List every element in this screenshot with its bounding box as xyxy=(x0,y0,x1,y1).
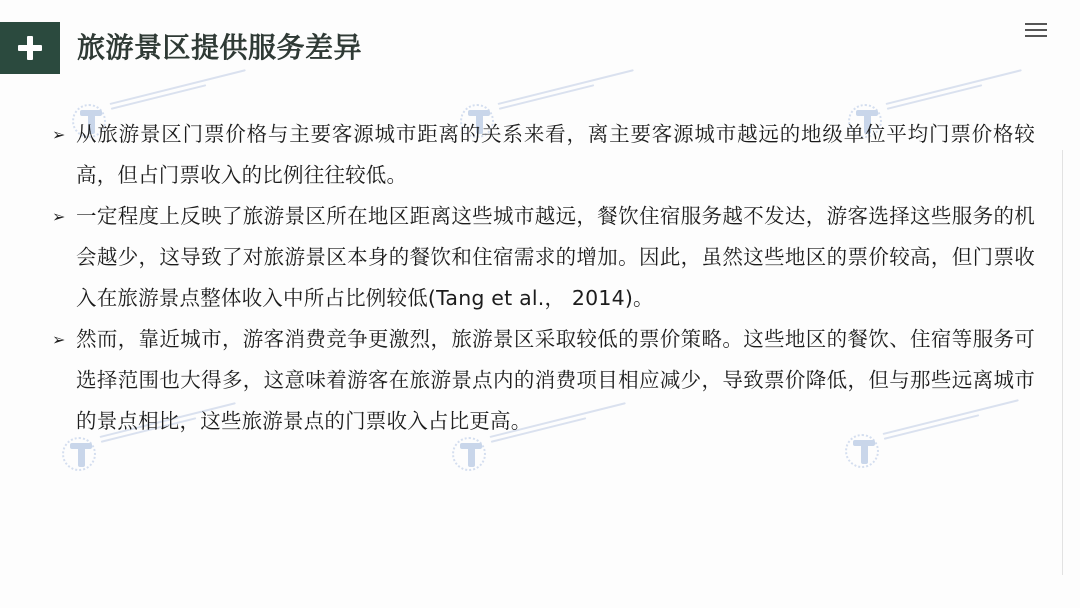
bullet-item: ➢ 然而，靠近城市，游客消费竞争更激烈，旅游景区采取较低的票价策略。这些地区的餐… xyxy=(50,319,1035,442)
bullet-item: ➢ 从旅游景区门票价格与主要客源城市距离的关系来看，离主要客源城市越远的地级单位… xyxy=(50,114,1035,196)
bullet-list: ➢ 从旅游景区门票价格与主要客源城市距离的关系来看，离主要客源城市越远的地级单位… xyxy=(50,114,1035,442)
arrow-bullet-icon: ➢ xyxy=(50,319,76,360)
vertical-divider xyxy=(1062,150,1063,575)
institute-logo-icon xyxy=(452,437,486,471)
bullet-text: 一定程度上反映了旅游景区所在地区距离这些城市越远，餐饮住宿服务越不发达，游客选择… xyxy=(76,196,1035,319)
section-header-badge xyxy=(0,22,60,74)
bullet-text: 然而，靠近城市，游客消费竞争更激烈，旅游景区采取较低的票价策略。这些地区的餐饮、… xyxy=(76,319,1035,442)
arrow-bullet-icon: ➢ xyxy=(50,114,76,155)
bullet-item: ➢ 一定程度上反映了旅游景区所在地区距离这些城市越远，餐饮住宿服务越不发达，游客… xyxy=(50,196,1035,319)
institute-logo-icon xyxy=(62,437,96,471)
bullet-text: 从旅游景区门票价格与主要客源城市距离的关系来看，离主要客源城市越远的地级单位平均… xyxy=(76,114,1035,196)
plus-icon xyxy=(18,36,42,60)
hamburger-menu-icon[interactable] xyxy=(1025,22,1047,38)
arrow-bullet-icon: ➢ xyxy=(50,196,76,237)
page-title: 旅游景区提供服务差异 xyxy=(77,28,362,68)
